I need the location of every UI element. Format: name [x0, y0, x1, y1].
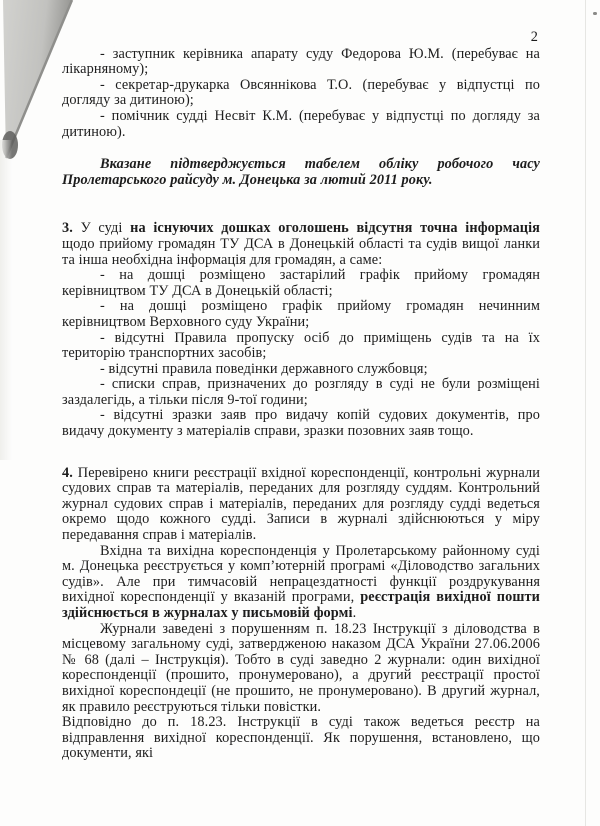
scan-left-edge-haze [0, 140, 12, 460]
staff-list: - заступник керівника апарату суду Федор… [62, 47, 540, 141]
section-4-paragraph-4: Відповідно до п. 18.23. Інструкції в суд… [62, 715, 540, 762]
section-3-item-missing-access-rules: - відсутні Правила пропуску осіб до прим… [62, 331, 540, 362]
section-4-paragraph-1: 4. Перевірено книги реєстрації вхідної к… [62, 466, 540, 544]
section-3-item-missing-conduct-rules: - відсутні правила поведінки державного … [62, 362, 540, 378]
section-4-paragraph-2-end: . [353, 605, 357, 621]
section-3-item-case-lists-late: - списки справ, призначених до розгляду … [62, 377, 540, 408]
scan-speck-artifact [593, 12, 597, 15]
section-3-item-invalid-schedule: - на дошці розміщено графік прийому гром… [62, 299, 540, 330]
staff-item-deputy-head: - заступник керівника апарату суду Федор… [62, 47, 540, 78]
section-3-item-missing-application-samples: - відсутні зразки заяв про видачу копій … [62, 408, 540, 439]
section-3-number: 3. [62, 220, 73, 236]
document-body: 2 - заступник керівника апарату суду Фед… [62, 30, 540, 762]
section-3-intro: 3. У суді на існуючих дошках оголошень в… [62, 221, 540, 268]
scanned-document-page: 2 - заступник керівника апарату суду Фед… [0, 0, 600, 826]
staff-item-judge-assistant: - помічник судді Несвіт К.М. (перебуває … [62, 109, 540, 140]
staff-item-secretary-typist: - секретар-друкарка Овсяннікова Т.О. (пе… [62, 78, 540, 109]
section-3-item-outdated-schedule: - на дошці розміщено застарілий графік п… [62, 268, 540, 299]
section-4: 4. Перевірено книги реєстрації вхідної к… [62, 466, 540, 762]
section-4-paragraph-1-text: Перевірено книги реєстрації вхідної коре… [62, 465, 540, 543]
page-number: 2 [62, 30, 540, 46]
section-3: 3. У суді на існуючих дошках оголошень в… [62, 221, 540, 439]
section-4-number: 4. [62, 465, 73, 481]
section-3-intro-text-2: щодо прийому громадян ТУ ДСА в Донецькій… [62, 236, 540, 268]
section-3-intro-text-1: У суді [73, 220, 130, 236]
page-edge-line [585, 0, 586, 826]
section-4-paragraph-3: Журнали заведені з порушенням п. 18.23 І… [62, 622, 540, 716]
section-4-paragraph-2: Вхідна та вихідна кореспонденція у Проле… [62, 544, 540, 622]
section-3-intro-bold: на існуючих дошках оголошень відсутня то… [130, 220, 540, 236]
confirmation-paragraph: Вказане підтверджується табелем обліку р… [62, 157, 540, 188]
